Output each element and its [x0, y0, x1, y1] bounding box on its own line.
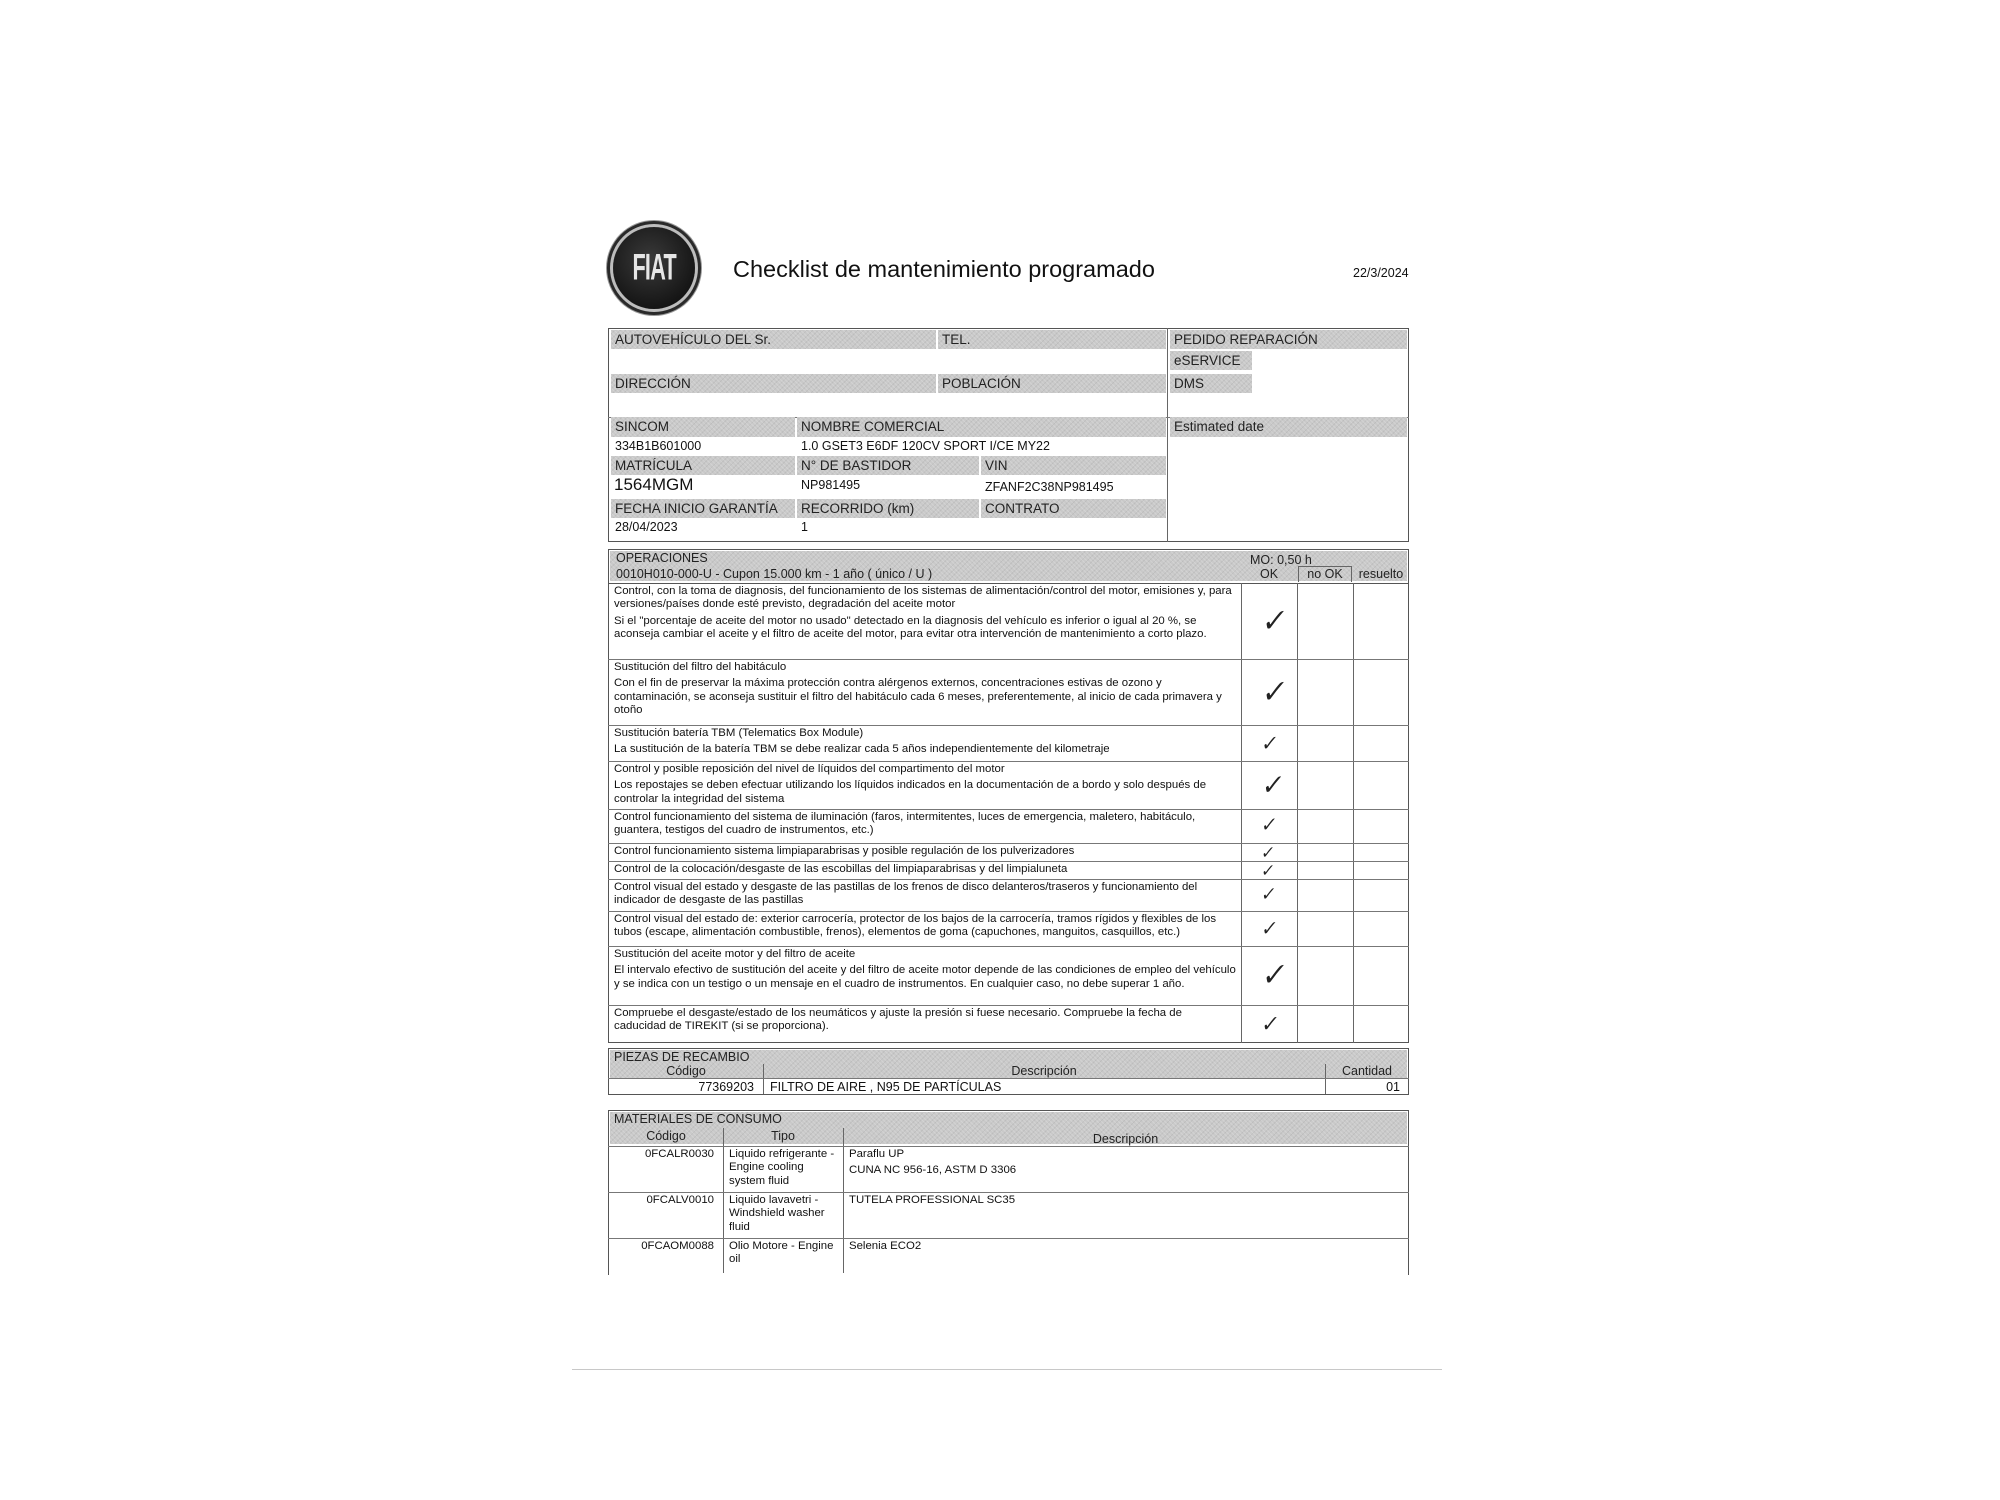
commercial-name-value: 1.0 GSET3 E6DF 120CV SPORT I/CE MY22: [797, 438, 1050, 455]
operation-row: Control funcionamiento del sistema de il…: [610, 810, 1240, 843]
operation-title: Control, con la toma de diagnosis, del f…: [614, 585, 1236, 612]
operation-row: Control, con la toma de diagnosis, del f…: [610, 584, 1240, 659]
check-mark-icon: ✓: [1258, 957, 1287, 994]
spare-parts-title: PIEZAS DE RECAMBIO: [614, 1050, 749, 1065]
estimated-date-label: Estimated date: [1170, 417, 1407, 437]
plate-value: 1564MGM: [614, 475, 693, 495]
operation-row: Control visual del estado de: exterior c…: [610, 912, 1240, 946]
mileage-value: 1: [797, 519, 808, 536]
consumables-col-type: Tipo: [724, 1129, 842, 1144]
divider: [763, 1064, 764, 1094]
divider: [1241, 583, 1242, 1043]
consumable-type: Liquido refrigerante - Engine cooling sy…: [725, 1147, 842, 1189]
consumable-code: 0FCALR0030: [610, 1147, 722, 1162]
mileage-label: RECORRIDO (km): [797, 499, 979, 518]
operation-title: Control visual del estado de: exterior c…: [614, 913, 1236, 940]
owner-label: AUTOVEHÍCULO DEL Sr.: [611, 330, 936, 349]
operation-title: Control funcionamiento sistema limpiapar…: [614, 845, 1236, 858]
operation-title: Control visual del estado y desgaste de …: [614, 881, 1236, 908]
operation-title: Control de la colocación/desgaste de las…: [614, 863, 1236, 876]
check-mark-icon: ✓: [1258, 603, 1287, 640]
city-label: POBLACIÓN: [938, 374, 1166, 393]
part-code: 77369203: [610, 1079, 762, 1096]
operation-title: Control funcionamiento del sistema de il…: [614, 811, 1236, 838]
consumable-description: TUTELA PROFESSIONAL SC35: [845, 1193, 1405, 1208]
contract-label: CONTRATO: [981, 499, 1166, 518]
operation-row: Sustitución del filtro del habitáculoCon…: [610, 660, 1240, 725]
consumable-code: 0FCALV0010: [610, 1193, 722, 1208]
operation-note: El intervalo efectivo de sustitución del…: [614, 964, 1236, 991]
operation-title: Control y posible reposición del nivel d…: [614, 763, 1236, 776]
check-mark-icon: ✓: [1258, 674, 1287, 711]
operation-row: Sustitución del aceite motor y del filtr…: [610, 947, 1240, 1005]
operation-title: Sustitución del aceite motor y del filtr…: [614, 948, 1236, 961]
parts-col-code: Código: [610, 1064, 762, 1079]
col-ok-header: OK: [1242, 567, 1296, 582]
parts-col-quantity: Cantidad: [1326, 1064, 1408, 1079]
consumable-description-line: Paraflu UP: [849, 1148, 1401, 1161]
consumable-description-line: TUTELA PROFESSIONAL SC35: [849, 1194, 1401, 1207]
check-mark-icon: ✓: [1259, 860, 1274, 880]
sincom-value: 334B1B601000: [611, 438, 701, 455]
operation-row: Sustitución batería TBM (Telematics Box …: [610, 726, 1240, 761]
page-title: Checklist de mantenimiento programado: [733, 256, 1155, 283]
check-mark-icon: ✓: [1259, 1011, 1279, 1037]
plate-label: MATRÍCULA: [611, 456, 795, 475]
check-mark-icon: ✓: [1259, 917, 1277, 942]
check-mark-icon: ✓: [1259, 731, 1278, 756]
document-date: 22/3/2024: [1353, 266, 1409, 280]
divider: [1353, 583, 1354, 1043]
parts-col-description: Descripción: [764, 1064, 1324, 1079]
coupon-label: 0010H010-000-U - Cupon 15.000 km - 1 año…: [616, 567, 932, 582]
consumables-col-code: Código: [610, 1129, 722, 1144]
divider: [1167, 328, 1168, 542]
col-resolved-header: resuelto: [1354, 567, 1408, 582]
operation-note: Los repostajes se deben efectuar utiliza…: [614, 779, 1236, 806]
consumable-description-line: CUNA NC 956-16, ASTM D 3306: [849, 1164, 1401, 1177]
operation-note: Si el "porcentaje de aceite del motor no…: [614, 615, 1236, 642]
tel-label: TEL.: [938, 330, 1166, 349]
warranty-start-label: FECHA INICIO GARANTÍA: [611, 499, 795, 518]
consumable-code: 0FCAOM0088: [610, 1239, 722, 1254]
operation-row: Control y posible reposición del nivel d…: [610, 762, 1240, 809]
check-mark-icon: ✓: [1259, 884, 1276, 905]
operation-title: Sustitución del filtro del habitáculo: [614, 661, 1236, 674]
eservice-label: eSERVICE: [1170, 351, 1252, 370]
operation-title: Sustitución batería TBM (Telematics Box …: [614, 727, 1236, 740]
fiat-logo: FIAT: [613, 227, 695, 309]
chassis-label: N° DE BASTIDOR: [797, 456, 979, 475]
divider: [1297, 583, 1298, 1043]
warranty-start-value: 28/04/2023: [611, 519, 678, 536]
commercial-name-label: NOMBRE COMERCIAL: [797, 417, 1166, 437]
address-label: DIRECCIÓN: [611, 374, 936, 393]
vin-value: ZFANF2C38NP981495: [981, 479, 1114, 496]
consumable-description: Paraflu UPCUNA NC 956-16, ASTM D 3306: [845, 1147, 1405, 1179]
divider: [843, 1128, 844, 1273]
sincom-label: SINCOM: [611, 417, 795, 437]
operation-title: Compruebe el desgaste/estado de los neum…: [614, 1007, 1236, 1034]
col-not-ok-header: no OK: [1298, 566, 1352, 582]
page-edge-line: [572, 1369, 1442, 1370]
consumable-description-line: Selenia ECO2: [849, 1240, 1401, 1253]
operation-row: Compruebe el desgaste/estado de los neum…: [610, 1006, 1240, 1043]
operation-row: Control visual del estado y desgaste de …: [610, 880, 1240, 911]
chassis-value: NP981495: [797, 477, 860, 494]
vin-label: VIN: [981, 456, 1166, 475]
repair-order-label: PEDIDO REPARACIÓN: [1170, 330, 1407, 349]
consumables-title: MATERIALES DE CONSUMO: [614, 1112, 782, 1127]
consumables-col-description: Descripción: [844, 1132, 1407, 1147]
check-mark-icon: ✓: [1259, 814, 1277, 837]
part-quantity: 01: [1326, 1079, 1408, 1096]
operation-note: Con el fin de preservar la máxima protec…: [614, 677, 1236, 717]
consumable-type: Olio Motore - Engine oil: [725, 1239, 842, 1268]
part-description: FILTRO DE AIRE , N95 DE PARTÍCULAS: [766, 1079, 1001, 1096]
consumable-description: Selenia ECO2: [845, 1239, 1405, 1254]
divider: [723, 1128, 724, 1273]
operations-title: OPERACIONES: [616, 551, 708, 566]
logo-text: FIAT: [632, 247, 676, 290]
dms-label: DMS: [1170, 374, 1252, 393]
operation-note: La sustitución de la batería TBM se debe…: [614, 743, 1236, 756]
consumable-type: Liquido lavavetri - Windshield washer fl…: [725, 1193, 842, 1235]
operation-row: Control de la colocación/desgaste de las…: [610, 862, 1240, 879]
check-mark-icon: ✓: [1258, 769, 1283, 802]
operation-row: Control funcionamiento sistema limpiapar…: [610, 844, 1240, 861]
